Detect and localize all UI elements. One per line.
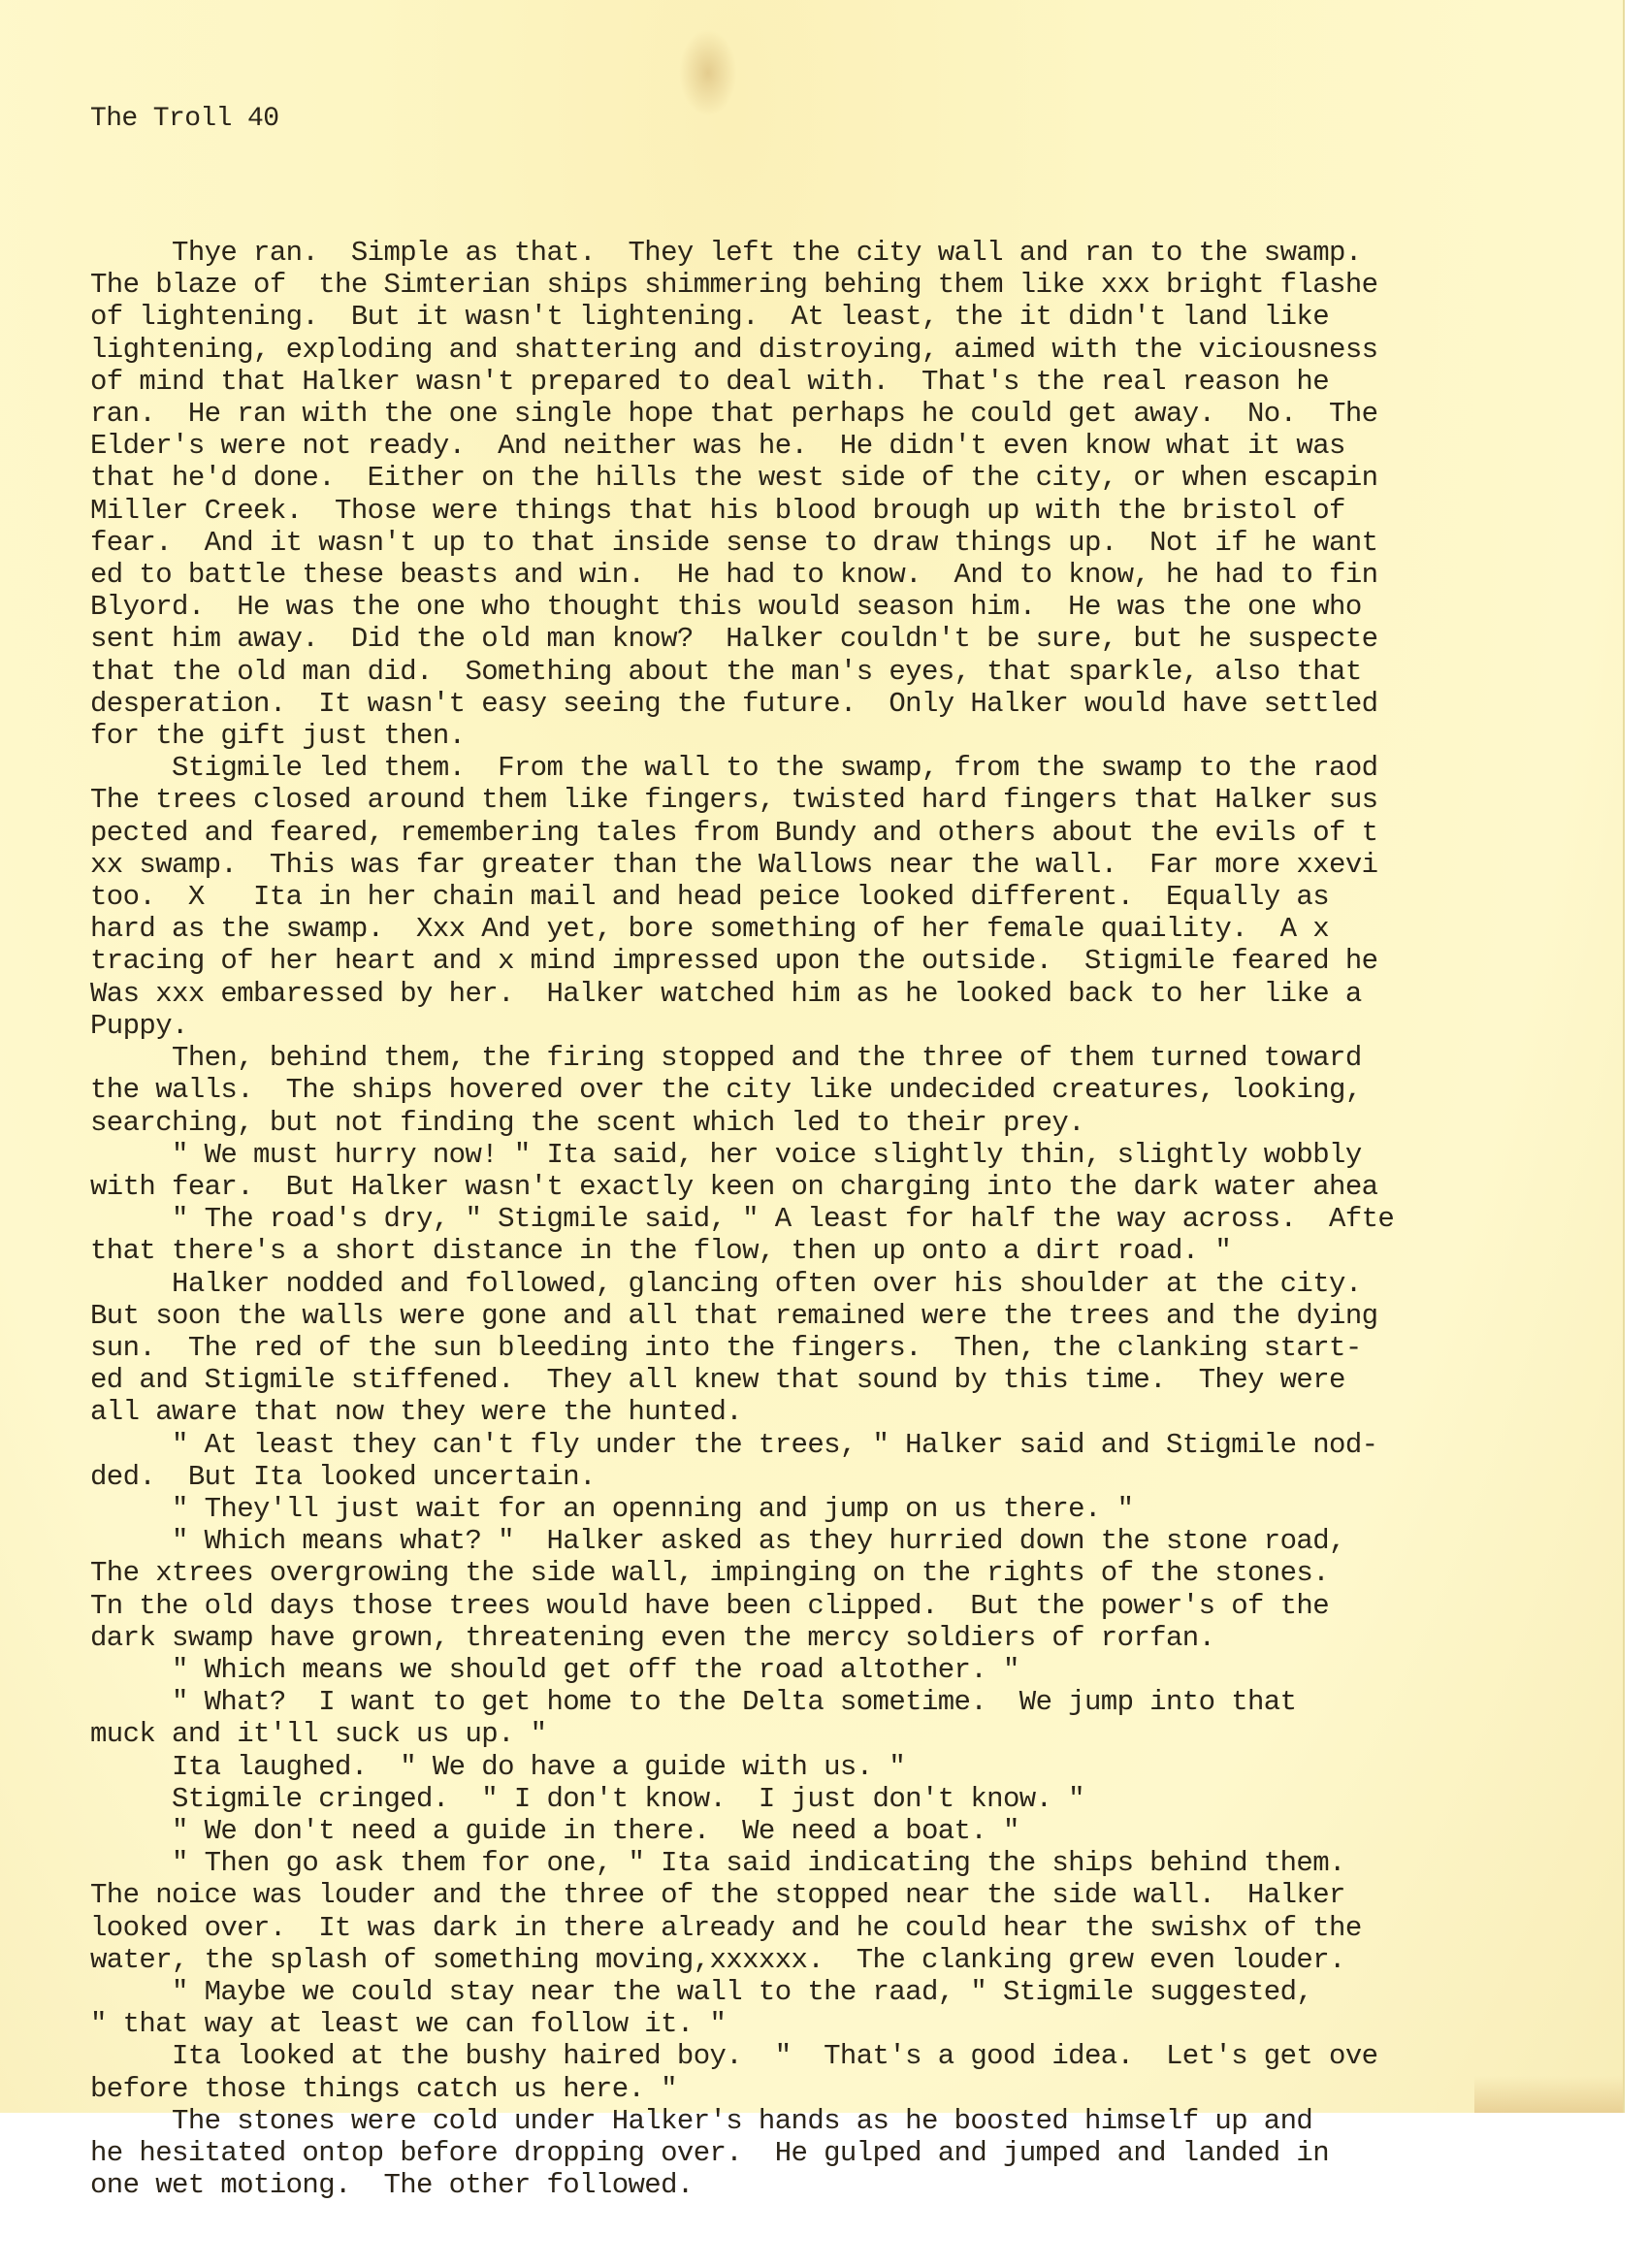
text-line: of lightening. But it wasn't lightening.…: [90, 301, 1633, 333]
text-line: " that way at least we can follow it. ": [90, 2008, 1633, 2040]
text-line: dark swamp have grown, threatening even …: [90, 1622, 1633, 1654]
text-line: The blaze of the Simterian ships shimmer…: [90, 269, 1633, 301]
text-line: " Maybe we could stay near the wall to t…: [90, 1976, 1633, 2008]
text-line: Blyord. He was the one who thought this …: [90, 591, 1633, 623]
text-line: The stones were cold under Halker's hand…: [90, 2105, 1633, 2137]
text-line: " Which means we should get off the road…: [90, 1654, 1633, 1686]
text-line: Halker nodded and followed, glancing oft…: [90, 1268, 1633, 1300]
text-line: pected and feared, remembering tales fro…: [90, 817, 1633, 849]
text-line: muck and it'll suck us up. ": [90, 1718, 1633, 1750]
text-line: ran. He ran with the one single hope tha…: [90, 398, 1633, 430]
text-line: The trees closed around them like finger…: [90, 784, 1633, 816]
text-line: tracing of her heart and x mind impresse…: [90, 945, 1633, 977]
text-line: with fear. But Halker wasn't exactly kee…: [90, 1171, 1633, 1203]
text-line: " Then go ask them for one, " Ita said i…: [90, 1847, 1633, 1879]
text-line: ed and Stigmile stiffened. They all knew…: [90, 1364, 1633, 1396]
text-line: water, the splash of something moving,xx…: [90, 1944, 1633, 1976]
text-line: " Which means what? " Halker asked as th…: [90, 1525, 1633, 1557]
text-line: he hesitated ontop before dropping over.…: [90, 2137, 1633, 2169]
text-line: all aware that now they were the hunted.: [90, 1396, 1633, 1428]
text-line: that he'd done. Either on the hills the …: [90, 462, 1633, 494]
text-line: hard as the swamp. Xxx And yet, bore som…: [90, 913, 1633, 945]
text-line: The noice was louder and the three of th…: [90, 1879, 1633, 1911]
text-line: desperation. It wasn't easy seeing the f…: [90, 688, 1633, 720]
text-line: sun. The red of the sun bleeding into th…: [90, 1332, 1633, 1364]
text-line: one wet motiong. The other followed.: [90, 2169, 1633, 2201]
text-line: The xtrees overgrowing the side wall, im…: [90, 1557, 1633, 1589]
text-line: " We don't need a guide in there. We nee…: [90, 1815, 1633, 1847]
body-text: Thye ran. Simple as that. They left the …: [90, 237, 1633, 2201]
typewritten-page: The Troll 40 Thye ran. Simple as that. T…: [0, 0, 1625, 2113]
text-line: " The road's dry, " Stigmile said, " A l…: [90, 1203, 1633, 1235]
text-line: too. X Ita in her chain mail and head pe…: [90, 881, 1633, 913]
text-line: Ita looked at the bushy haired boy. " Th…: [90, 2040, 1633, 2072]
text-line: lightening, exploding and shattering and…: [90, 334, 1633, 366]
page-text: The Troll 40 Thye ran. Simple as that. T…: [90, 39, 1633, 2266]
text-line: Stigmile cringed. " I don't know. I just…: [90, 1783, 1633, 1815]
text-line: looked over. It was dark in there alread…: [90, 1912, 1633, 1944]
text-line: Miller Creek. Those were things that his…: [90, 495, 1633, 527]
text-line: the walls. The ships hovered over the ci…: [90, 1074, 1633, 1106]
text-line: Was xxx embaressed by her. Halker watche…: [90, 978, 1633, 1010]
text-line: Elder's were not ready. And neither was …: [90, 430, 1633, 462]
text-line: for the gift just then.: [90, 720, 1633, 752]
text-line: Thye ran. Simple as that. They left the …: [90, 237, 1633, 269]
text-line: Stigmile led them. From the wall to the …: [90, 752, 1633, 784]
page-header: The Troll 40: [90, 103, 1633, 135]
text-line: Then, behind them, the firing stopped an…: [90, 1042, 1633, 1074]
text-line: fear. And it wasn't up to that inside se…: [90, 527, 1633, 559]
text-line: searching, but not finding the scent whi…: [90, 1107, 1633, 1139]
text-line: that there's a short distance in the flo…: [90, 1235, 1633, 1267]
text-line: that the old man did. Something about th…: [90, 656, 1633, 688]
text-line: Tn the old days those trees would have b…: [90, 1590, 1633, 1622]
text-line: " What? I want to get home to the Delta …: [90, 1686, 1633, 1718]
text-line: But soon the walls were gone and all tha…: [90, 1300, 1633, 1332]
text-line: " We must hurry now! " Ita said, her voi…: [90, 1139, 1633, 1171]
text-line: ed to battle these beasts and win. He ha…: [90, 559, 1633, 591]
text-line: ded. But Ita looked uncertain.: [90, 1461, 1633, 1493]
text-line: Ita laughed. " We do have a guide with u…: [90, 1751, 1633, 1783]
text-line: of mind that Halker wasn't prepared to d…: [90, 366, 1633, 398]
text-line: " They'll just wait for an openning and …: [90, 1493, 1633, 1525]
text-line: before those things catch us here. ": [90, 2073, 1633, 2105]
text-line: sent him away. Did the old man know? Hal…: [90, 623, 1633, 655]
text-line: " At least they can't fly under the tree…: [90, 1429, 1633, 1461]
text-line: Puppy.: [90, 1010, 1633, 1042]
text-line: xx swamp. This was far greater than the …: [90, 849, 1633, 881]
